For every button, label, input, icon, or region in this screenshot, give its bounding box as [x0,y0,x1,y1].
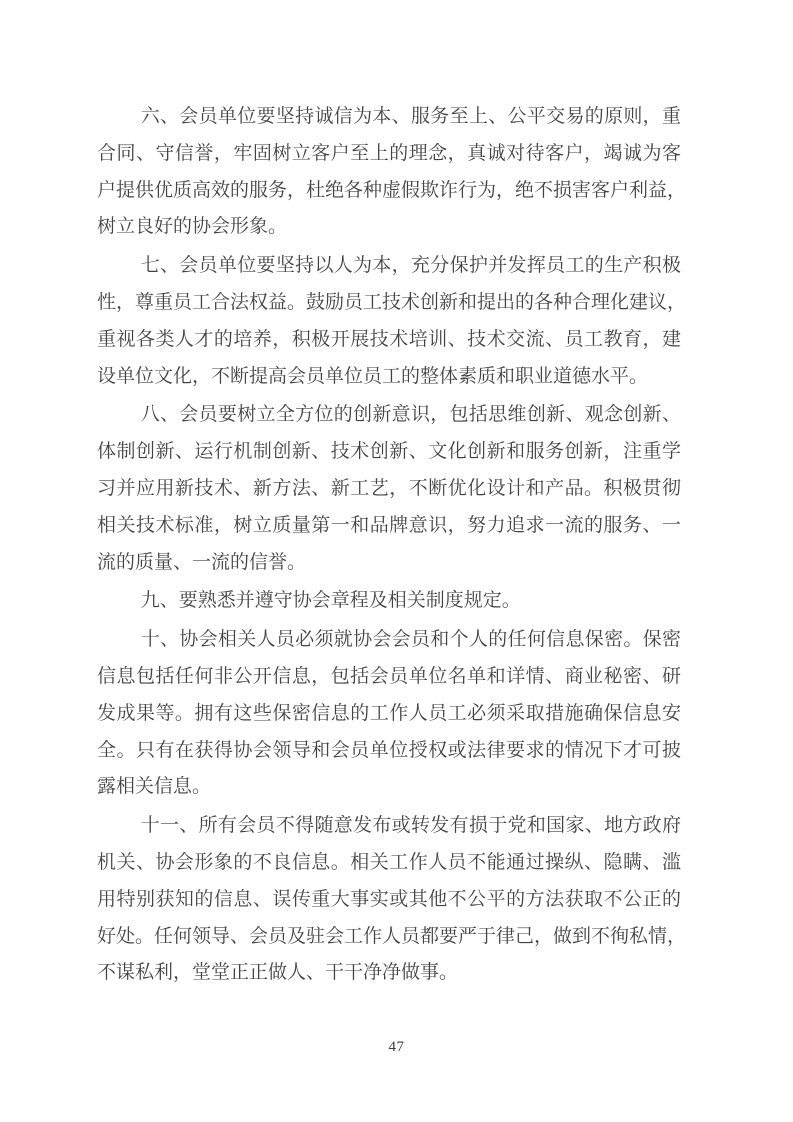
paragraph-6: 十一、所有会员不得随意发布或转发有损于党和国家、地方政府机关、协会形象的不良信息… [97,808,681,992]
text-line: 相关技术标准，树立质量第一和品牌意识，努力追求一流的服务、一 [97,508,681,545]
text-line: 重视各类人才的培养，积极开展技术培训、技术交流、员工教育，建 [97,322,681,359]
text-line: 户提供优质高效的服务，杜绝各种虚假欺诈行为，绝不损害客户利益， [97,173,681,210]
text-line: 习并应用新技术、新方法、新工艺，不断优化设计和产品。积极贯彻 [97,471,681,508]
text-line: 性，尊重员工合法权益。鼓励员工技术创新和提出的各种合理化建议， [97,285,681,322]
text-line: 六、会员单位要坚持诚信为本、服务至上、公平交易的原则，重 [97,99,681,136]
text-line: 流的质量、一流的信誉。 [97,545,681,582]
text-line: 好处。任何领导、会员及驻会工作人员都要严于律己，做到不徇私情， [97,919,681,956]
text-line: 八、会员要树立全方位的创新意识，包括思维创新、观念创新、 [97,397,681,434]
text-line: 露相关信息。 [97,769,681,806]
document-page: 六、会员单位要坚持诚信为本、服务至上、公平交易的原则，重合同、守信誉，牢固树立客… [0,0,793,1122]
text-line: 十一、所有会员不得随意发布或转发有损于党和国家、地方政府 [97,808,681,845]
text-line: 九、要熟悉并遵守协会章程及相关制度规定。 [97,583,681,620]
text-line: 七、会员单位要坚持以人为本，充分保护并发挥员工的生产积极 [97,248,681,285]
paragraph-3: 八、会员要树立全方位的创新意识，包括思维创新、观念创新、体制创新、运行机制创新、… [97,397,681,581]
text-line: 信息包括任何非公开信息，包括会员单位名单和详情、商业秘密、研 [97,659,681,696]
paragraph-5: 十、协会相关人员必须就协会会员和个人的任何信息保密。保密信息包括任何非公开信息，… [97,622,681,806]
text-line: 体制创新、运行机制创新、技术创新、文化创新和服务创新，注重学 [97,434,681,471]
text-line: 不谋私利，堂堂正正做人、干干净净做事。 [97,955,681,992]
text-line: 树立良好的协会形象。 [97,209,681,246]
paragraph-2: 七、会员单位要坚持以人为本，充分保护并发挥员工的生产积极性，尊重员工合法权益。鼓… [97,248,681,395]
document-body: 六、会员单位要坚持诚信为本、服务至上、公平交易的原则，重合同、守信誉，牢固树立客… [97,99,681,994]
text-line: 十、协会相关人员必须就协会会员和个人的任何信息保密。保密 [97,622,681,659]
text-line: 发成果等。拥有这些保密信息的工作人员工必须采取措施确保信息安 [97,696,681,733]
text-line: 设单位文化，不断提高会员单位员工的整体素质和职业道德水平。 [97,359,681,396]
paragraph-4: 九、要熟悉并遵守协会章程及相关制度规定。 [97,583,681,620]
text-line: 全。只有在获得协会领导和会员单位授权或法律要求的情况下才可披 [97,733,681,770]
text-line: 合同、守信誉，牢固树立客户至上的理念，真诚对待客户，竭诚为客 [97,136,681,173]
text-line: 用特别获知的信息、误传重大事实或其他不公平的方法获取不公正的 [97,882,681,919]
paragraph-1: 六、会员单位要坚持诚信为本、服务至上、公平交易的原则，重合同、守信誉，牢固树立客… [97,99,681,246]
text-line: 机关、协会形象的不良信息。相关工作人员不能通过操纵、隐瞒、滥 [97,845,681,882]
page-number: 47 [0,1039,793,1056]
